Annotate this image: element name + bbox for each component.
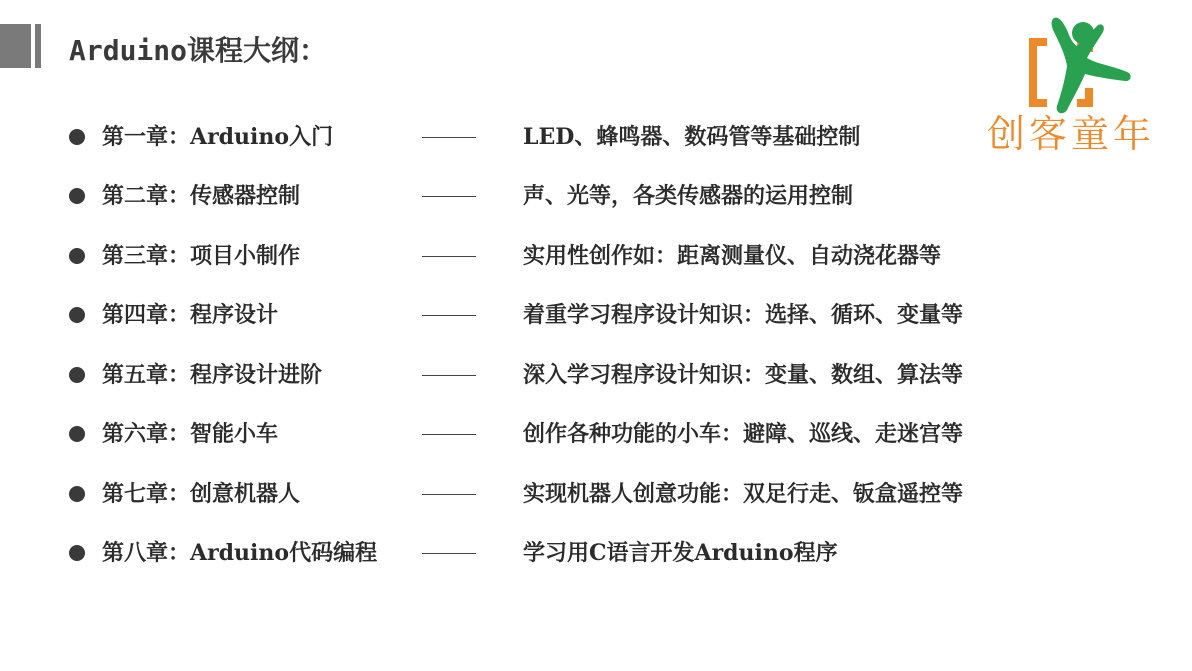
course-outline-list: 第一章：Arduino入门 LED、蜂鸣器、数码管等基础控制 第二章：传感器控制…: [0, 0, 1192, 671]
chapter-title: 第二章：传感器控制: [102, 182, 300, 210]
separator-dash: [422, 196, 476, 197]
chapter-title: 第四章：程序设计: [102, 301, 278, 329]
bullet-icon: [69, 129, 85, 145]
separator-dash: [422, 434, 476, 435]
outline-item-chapter-8: 第八章：Arduino代码编程 学习用C语言开发Arduino程序: [0, 533, 1100, 573]
bullet-icon: [69, 486, 85, 502]
chapter-description: 实用性创作如：距离测量仪、自动浇花器等: [523, 242, 941, 270]
separator-dash: [422, 553, 476, 554]
outline-item-chapter-3: 第三章：项目小制作 实用性创作如：距离测量仪、自动浇花器等: [0, 236, 1100, 276]
outline-item-chapter-1: 第一章：Arduino入门 LED、蜂鸣器、数码管等基础控制: [0, 117, 1100, 157]
chapter-title: 第八章：Arduino代码编程: [102, 539, 377, 567]
chapter-title: 第五章：程序设计进阶: [102, 361, 322, 389]
chapter-description: 创作各种功能的小车：避障、巡线、走迷宫等: [523, 420, 963, 448]
bullet-icon: [69, 426, 85, 442]
bullet-icon: [69, 188, 85, 204]
outline-item-chapter-6: 第六章：智能小车 创作各种功能的小车：避障、巡线、走迷宫等: [0, 414, 1100, 454]
bullet-icon: [69, 367, 85, 383]
chapter-description: 实现机器人创意功能：双足行走、钣盒遥控等: [523, 480, 963, 508]
outline-item-chapter-4: 第四章：程序设计 着重学习程序设计知识：选择、循环、变量等: [0, 295, 1100, 335]
chapter-title: 第六章：智能小车: [102, 420, 278, 448]
bullet-icon: [69, 545, 85, 561]
chapter-description: 深入学习程序设计知识：变量、数组、算法等: [523, 361, 963, 389]
chapter-title: 第七章：创意机器人: [102, 480, 300, 508]
separator-dash: [422, 375, 476, 376]
chapter-description: LED、蜂鸣器、数码管等基础控制: [523, 123, 860, 151]
chapter-title: 第一章：Arduino入门: [102, 123, 333, 151]
separator-dash: [422, 137, 476, 138]
outline-item-chapter-7: 第七章：创意机器人 实现机器人创意功能：双足行走、钣盒遥控等: [0, 474, 1100, 514]
outline-item-chapter-5: 第五章：程序设计进阶 深入学习程序设计知识：变量、数组、算法等: [0, 355, 1100, 395]
separator-dash: [422, 256, 476, 257]
separator-dash: [422, 315, 476, 316]
bullet-icon: [69, 248, 85, 264]
chapter-title: 第三章：项目小制作: [102, 242, 300, 270]
chapter-description: 着重学习程序设计知识：选择、循环、变量等: [523, 301, 963, 329]
separator-dash: [422, 494, 476, 495]
outline-item-chapter-2: 第二章：传感器控制 声、光等，各类传感器的运用控制: [0, 176, 1100, 216]
bullet-icon: [69, 307, 85, 323]
chapter-description: 声、光等，各类传感器的运用控制: [523, 182, 853, 210]
chapter-description: 学习用C语言开发Arduino程序: [523, 539, 838, 567]
